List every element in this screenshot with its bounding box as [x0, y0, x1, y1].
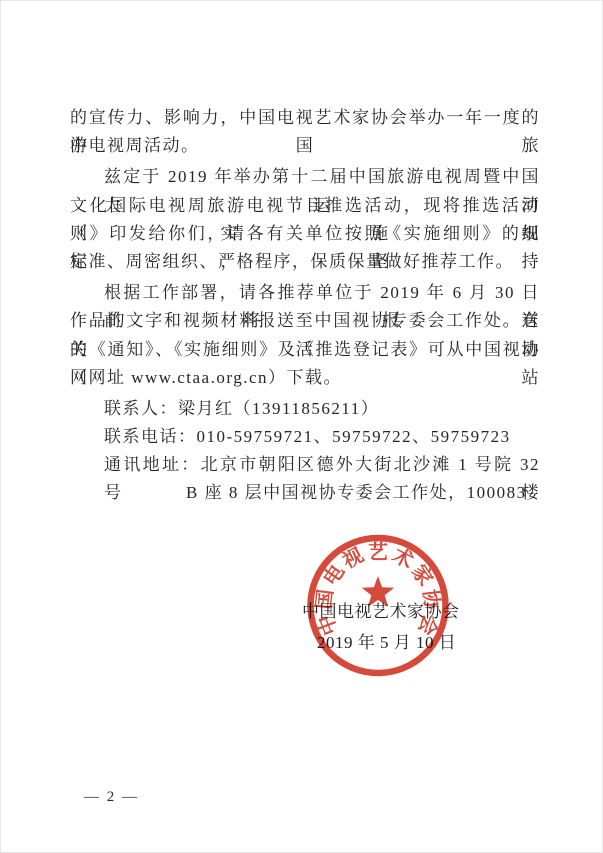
body-line: 文化国际电视周旅游电视节目推选活动，现将推选活动《实施细 — [70, 192, 540, 220]
body-line: 则》印发给你们，请各有关单位按照《实施细则》的规定，坚持 — [70, 220, 540, 248]
body-line: 的《通知》、《实施细则》及《推选登记表》可从中国视协网站 — [70, 336, 540, 364]
body-line: 的宣传力、影响力，中国电视艺术家协会举办一年一度的中国旅 — [70, 104, 540, 132]
body-line: 联系人：梁月红（13911856211） — [70, 395, 540, 423]
body-text: 的宣传力、影响力，中国电视艺术家协会举办一年一度的中国旅游电视周活动。兹定于 2… — [70, 104, 540, 508]
seal-ring-text: 中国电视艺术家协会 — [312, 541, 445, 639]
body-line: 根据工作部署，请各推荐单位于 2019 年 6 月 30 日前将报送 — [70, 279, 540, 307]
body-line: 联系电话：010-59759721、59759722、59759723 — [70, 423, 540, 451]
svg-text:中国电视艺术家协会: 中国电视艺术家协会 — [312, 541, 445, 639]
document-page: 的宣传力、影响力，中国电视艺术家协会举办一年一度的中国旅游电视周活动。兹定于 2… — [0, 0, 603, 853]
page-number: — 2 — — [84, 789, 139, 806]
signature-organization: 中国电视艺术家协会 — [302, 597, 460, 622]
signature-date: 2019 年 5 月 10 日 — [317, 628, 456, 653]
body-line: 作品的文字和视频材料报送至中国视协专委会工作处。有关活动 — [70, 307, 540, 335]
body-line: 兹定于 2019 年举办第十二届中国旅游电视周暨中国大运河 — [70, 163, 540, 191]
body-line: 通讯地址：北京市朝阳区德外大街北沙滩 1 号院 32 号楼 — [70, 451, 540, 479]
body-line: 标准、周密组织、严格程序，保质保量做好推荐工作。 — [70, 248, 540, 276]
